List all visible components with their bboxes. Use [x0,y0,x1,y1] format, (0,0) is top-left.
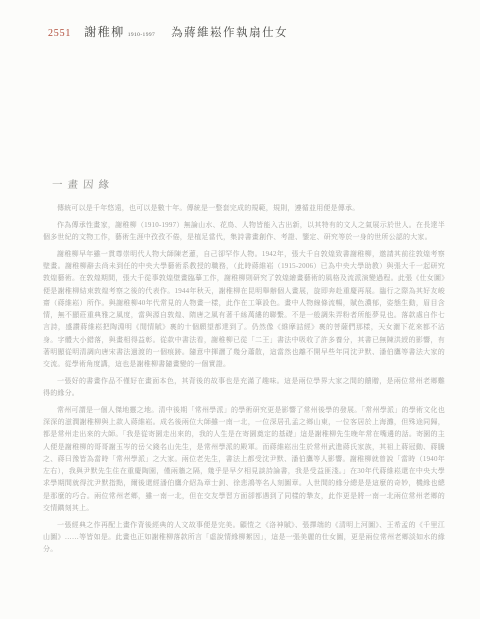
essay-paragraph: 常州可謂是一個人傑地靈之地。清中後期「常州學派」的學術研究更是影響了常州後學的發… [43,404,445,514]
essay-paragraph: 謝稚柳早年雖一貫尊崇明代人物大師陳老蓮，自己卻罕作人物。1942年，張大千自敦煌… [43,248,445,371]
lot-number: 2551 [48,28,71,39]
essay-paragraph: 一張經典之作再配上畫作背後經典的人文故事便是完美。顧愷之《洛神賦》、張擇端的《清… [43,519,445,556]
artist-name: 謝稚柳 [84,23,125,40]
essay-paragraph: 傳統可以是千年悠遠，也可以是數十年。傳統是一整套完成的規範，規則，遵循並用便是傳… [43,202,445,214]
essay-body: 傳統可以是千年悠遠，也可以是數十年。傳統是一整套完成的規範，規則，遵循並用便是傳… [43,202,445,560]
catalog-page: 2551 謝稚柳 1910-1997 為蔣維崧作執扇仕女 一畫因緣 傳統可以是千… [0,0,480,619]
lot-header: 2551 謝稚柳 1910-1997 為蔣維崧作執扇仕女 [48,23,450,40]
essay-paragraph: 作為傳承性畫家，謝稚柳（1910-1997）無論山水、花鳥、人物皆能入古出新，以… [43,219,445,244]
essay-section-title: 一畫因緣 [51,177,114,192]
work-title: 為蔣維崧作執扇仕女 [171,24,288,40]
essay-paragraph: 一張好的書畫作品不僅好在畫面本色，其背後的故事也是充滿了趣味。這是兩位學界大家之… [43,375,445,400]
artist-dates: 1910-1997 [128,32,155,38]
